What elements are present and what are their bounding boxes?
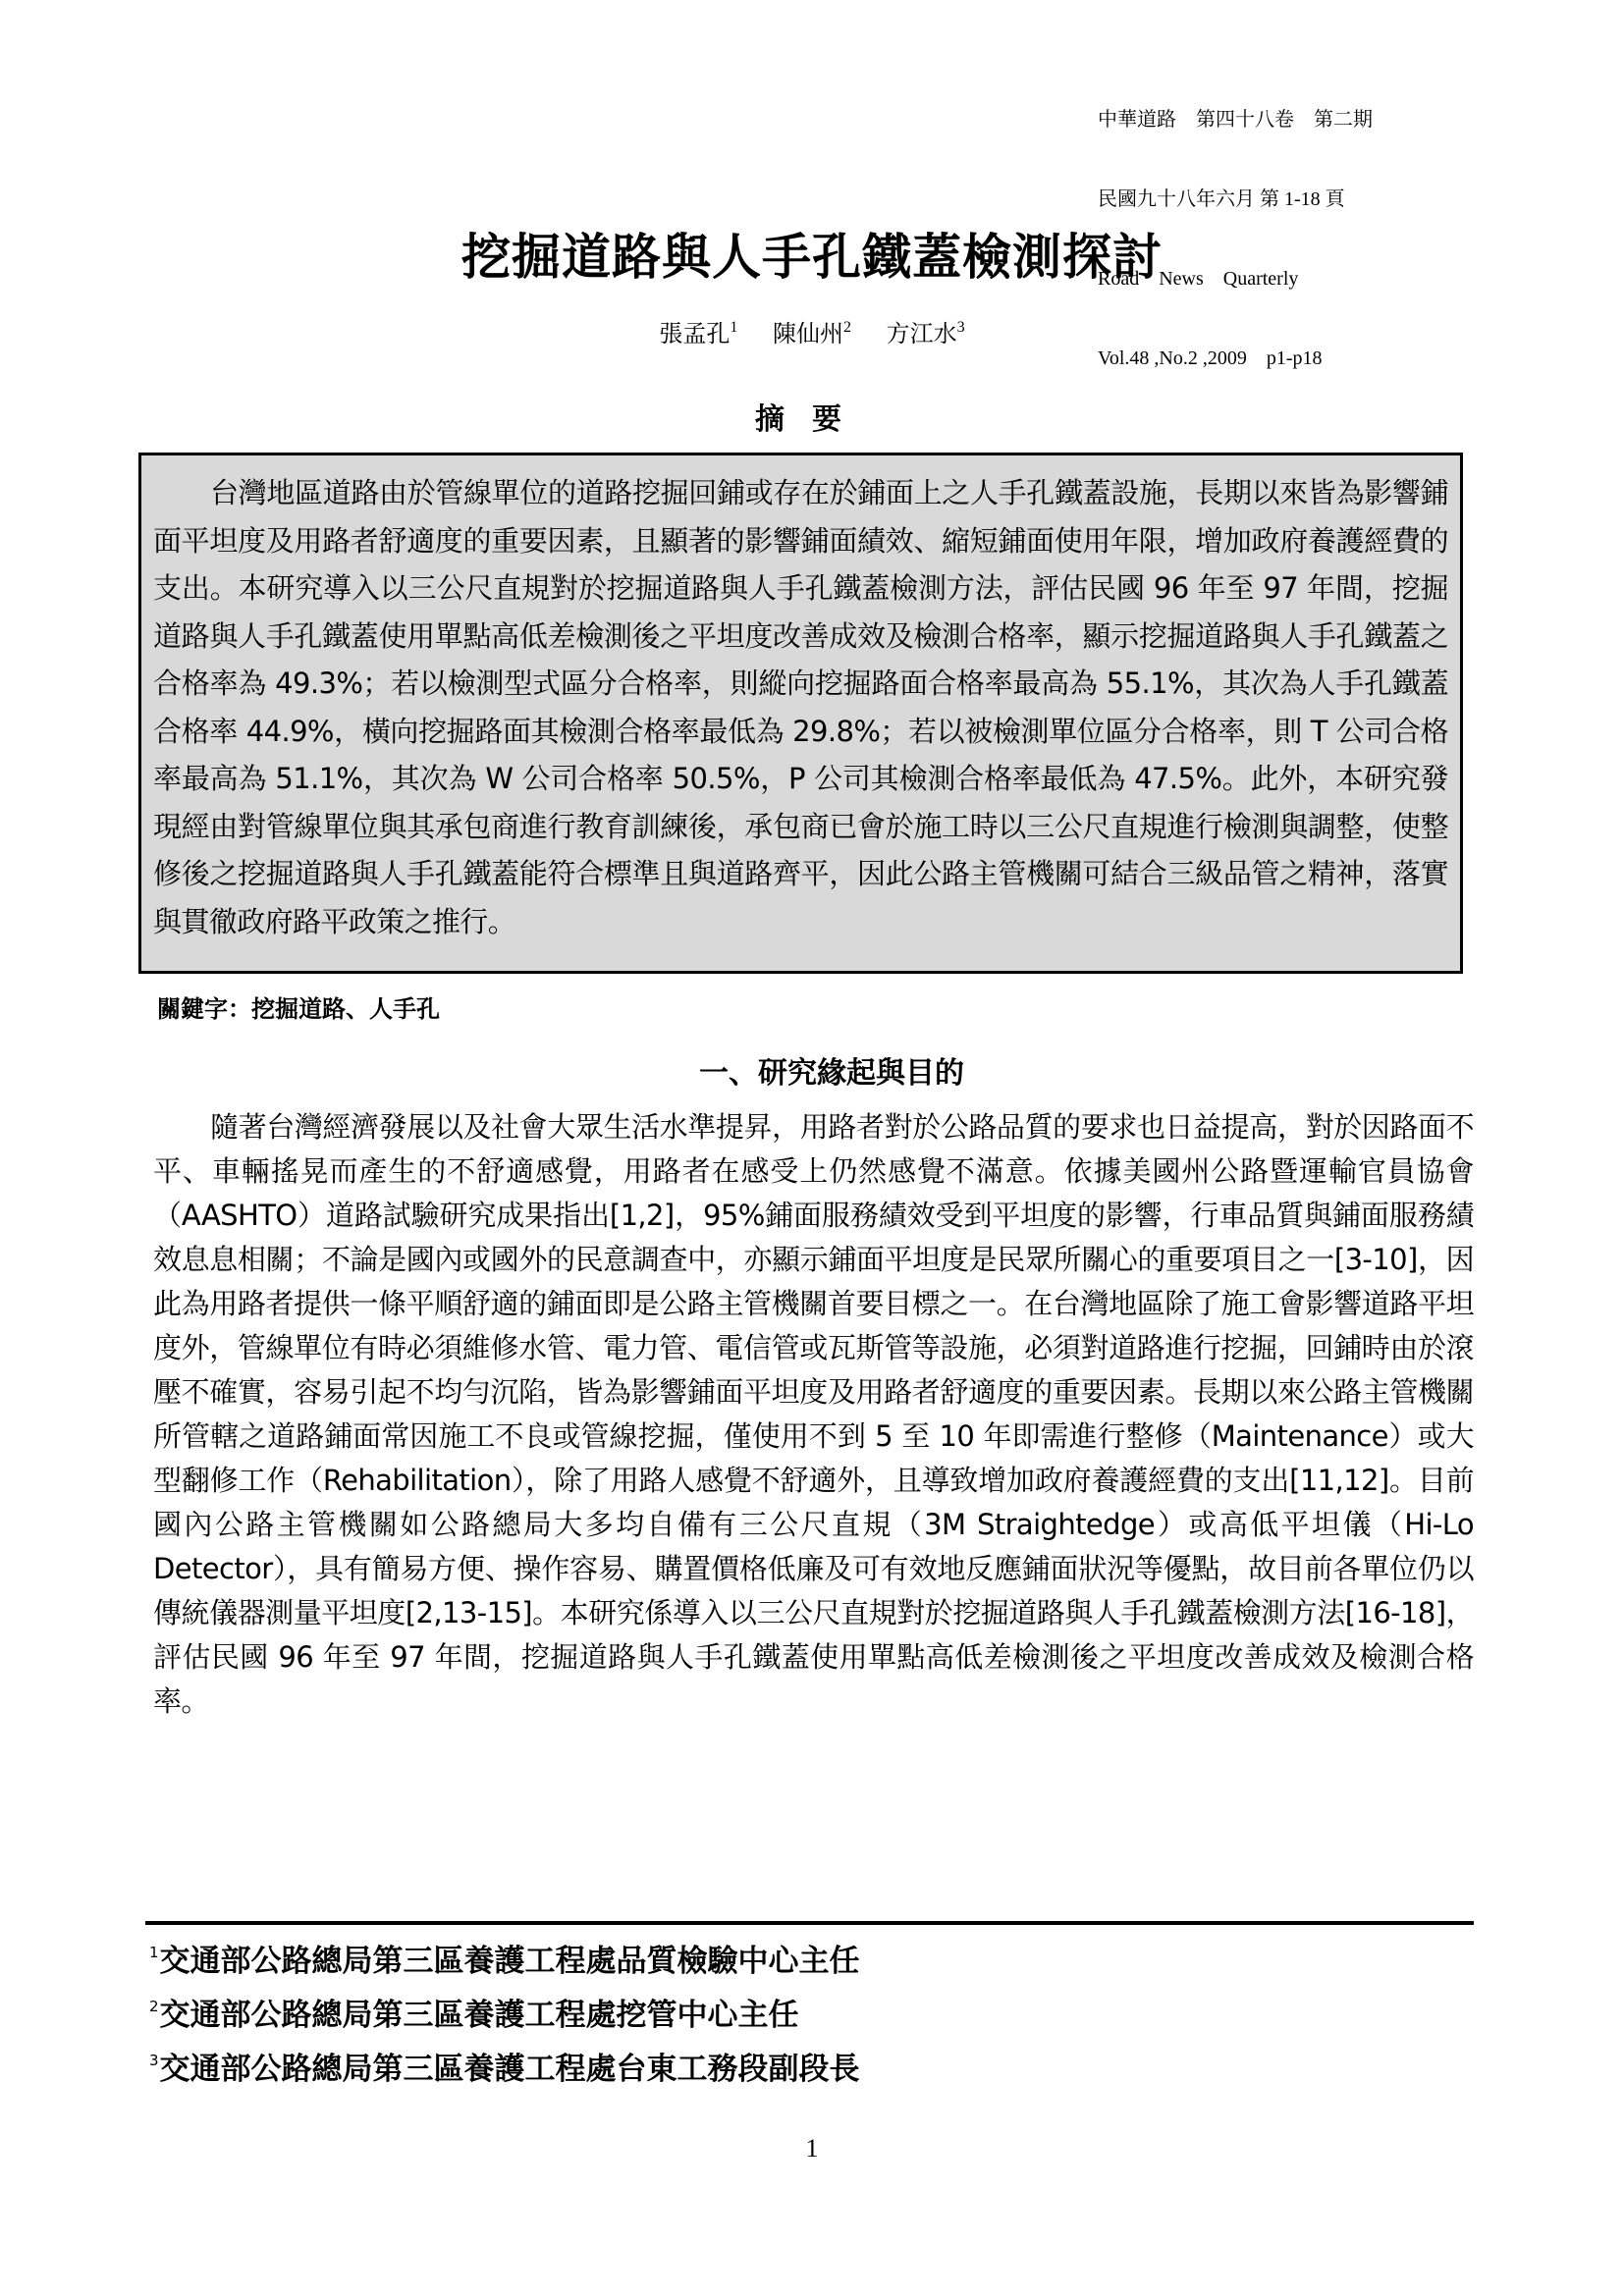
affiliation-mark: 1 <box>730 319 737 336</box>
footnote: 1交通部公路總局第三區養護工程處品質檢驗中心主任 <box>149 1930 860 1984</box>
footnote-text: 交通部公路總局第三區養護工程處品質檢驗中心主任 <box>160 1944 860 1979</box>
footnote-mark: 1 <box>149 1944 159 1961</box>
footnote: 2交通部公路總局第三區養護工程處挖管中心主任 <box>149 1984 860 2038</box>
author-list: 張孟孔1 陳仙州2 方江水3 <box>0 314 1624 348</box>
abstract-text: 台灣地區道路由於管線單位的道路挖掘回鋪或存在於鋪面上之人手孔鐵蓋設施，長期以來皆… <box>141 455 1460 945</box>
author: 陳仙州2 <box>773 320 851 347</box>
author: 張孟孔1 <box>659 320 737 347</box>
paper-title: 挖掘道路與人手孔鐵蓋檢測探討 <box>0 218 1624 289</box>
footnote-divider <box>145 1921 1474 1925</box>
page-number: 1 <box>0 2134 1624 2163</box>
footnote-mark: 2 <box>149 1998 159 2015</box>
abstract-heading: 摘要 <box>0 395 1624 438</box>
author-name: 方江水 <box>887 320 957 347</box>
affiliation-mark: 3 <box>957 319 965 336</box>
footnotes: 1交通部公路總局第三區養護工程處品質檢驗中心主任 2交通部公路總局第三區養護工程… <box>149 1930 860 2092</box>
affiliation-mark: 2 <box>843 319 851 336</box>
footnote-mark: 3 <box>149 2052 159 2069</box>
journal-header-line1: 中華道路 第四十八卷 第二期 <box>1098 107 1373 133</box>
author-name: 張孟孔 <box>659 320 730 347</box>
section-heading: 一、研究緣起與目的 <box>0 1048 1624 1092</box>
author: 方江水3 <box>887 320 965 347</box>
keywords: 關鍵字：挖掘道路、人手孔 <box>157 989 440 1024</box>
footnote-text: 交通部公路總局第三區養護工程處台東工務段副段長 <box>160 2052 860 2087</box>
journal-header-line4: Vol.48 ,No.2 ,2009 p1-p18 <box>1098 346 1373 372</box>
author-name: 陳仙州 <box>773 320 843 347</box>
body-paragraph: 隨著台灣經濟發展以及社會大眾生活水準提昇，用路者對於公路品質的要求也日益提高，對… <box>153 1105 1474 1724</box>
abstract-box: 台灣地區道路由於管線單位的道路挖掘回鋪或存在於鋪面上之人手孔鐵蓋設施，長期以來皆… <box>138 453 1463 974</box>
footnote: 3交通部公路總局第三區養護工程處台東工務段副段長 <box>149 2038 860 2092</box>
journal-header-line2: 民國九十八年六月 第 1-18 頁 <box>1098 187 1373 213</box>
footnote-text: 交通部公路總局第三區養護工程處挖管中心主任 <box>160 1998 799 2033</box>
